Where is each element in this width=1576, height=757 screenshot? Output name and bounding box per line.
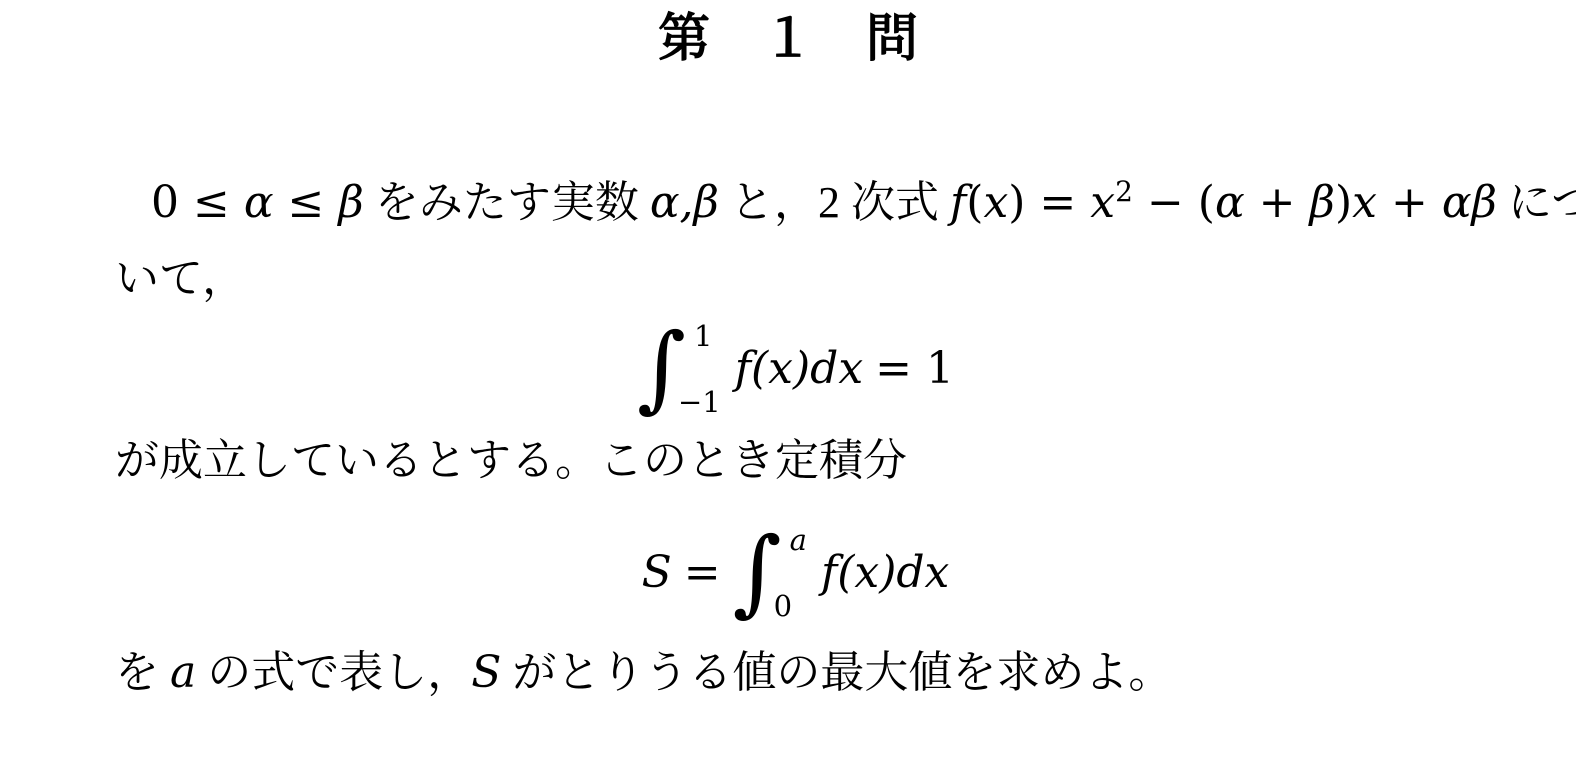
integral-lower-limit: −1 bbox=[678, 387, 721, 417]
problem-text-line-3: が成立しているとする。このとき定積分 bbox=[115, 423, 1476, 499]
text-run: ) = bbox=[1008, 177, 1090, 228]
text-run: β bbox=[338, 177, 363, 228]
problem-text-line-2: いて， bbox=[115, 241, 1476, 317]
text-run: α bbox=[244, 177, 274, 228]
problem-title: 第 １ 問 bbox=[0, 8, 1576, 70]
text-run: をみたす実数 bbox=[364, 178, 650, 227]
text-run: a bbox=[170, 647, 196, 698]
text-run: の式で表し， bbox=[196, 648, 471, 697]
text-run: β bbox=[1310, 177, 1335, 228]
text-run: f bbox=[950, 177, 966, 228]
display-equation-1: ∫ 1 −1 f(x)dx = 1 bbox=[115, 319, 1476, 419]
text-run: x bbox=[1090, 177, 1115, 228]
text-run: につ bbox=[1497, 178, 1576, 227]
text-run: x bbox=[1352, 177, 1377, 228]
problem-body: 0 ≤ α ≤ β をみたす実数 α,β と，2 次式 f(x) = x2 − … bbox=[0, 154, 1576, 711]
text-run: がとりうる値の最大値を求めよ。 bbox=[501, 648, 1172, 697]
text-run: x bbox=[983, 177, 1008, 228]
display-equation-2: S = ∫ a 0 f(x)dx bbox=[115, 523, 1476, 623]
integral-lower-limit: 0 bbox=[774, 591, 792, 621]
equation-lhs-variable: S bbox=[642, 535, 672, 611]
text-run: 0 ≤ bbox=[151, 177, 244, 228]
integrand: f(x)dx bbox=[735, 331, 863, 407]
integral-from-minus1-to-1: ∫ 1 −1 bbox=[637, 319, 721, 419]
text-run: α bbox=[1215, 177, 1245, 228]
text-run: α,β bbox=[650, 177, 719, 228]
text-run: + bbox=[1377, 177, 1442, 228]
integrand: f(x)dx bbox=[821, 535, 949, 611]
text-run: を bbox=[115, 648, 170, 697]
text-run: と，2 次式 bbox=[719, 178, 950, 227]
equation-rhs: = 1 bbox=[875, 331, 954, 407]
integral-limits: 1 −1 bbox=[688, 321, 721, 417]
integral-limits: a 0 bbox=[784, 525, 807, 621]
text-run: が成立しているとする。このとき定積分 bbox=[115, 436, 907, 485]
equals-sign: = bbox=[684, 535, 721, 611]
text-run: S bbox=[471, 647, 501, 698]
text-run: ≤ bbox=[274, 177, 339, 228]
text-run: ( bbox=[966, 177, 983, 228]
text-run: いて， bbox=[115, 254, 246, 303]
exam-page: 第 １ 問 0 ≤ α ≤ β をみたす実数 α,β と，2 次式 f(x) =… bbox=[0, 0, 1576, 757]
integral-upper-limit: 1 bbox=[694, 321, 712, 351]
text-run: αβ bbox=[1442, 177, 1497, 228]
integral-upper-limit: a bbox=[790, 525, 807, 555]
problem-text-line-4: を a の式で表し，S がとりうる値の最大値を求めよ。 bbox=[115, 635, 1476, 711]
text-run: − ( bbox=[1133, 177, 1215, 228]
text-run: 2 bbox=[1115, 175, 1133, 208]
integral-from-0-to-a: ∫ a 0 bbox=[733, 523, 807, 623]
text-run: ) bbox=[1335, 177, 1352, 228]
problem-text-line-1: 0 ≤ α ≤ β をみたす実数 α,β と，2 次式 f(x) = x2 − … bbox=[115, 154, 1476, 241]
text-run: + bbox=[1245, 177, 1310, 228]
